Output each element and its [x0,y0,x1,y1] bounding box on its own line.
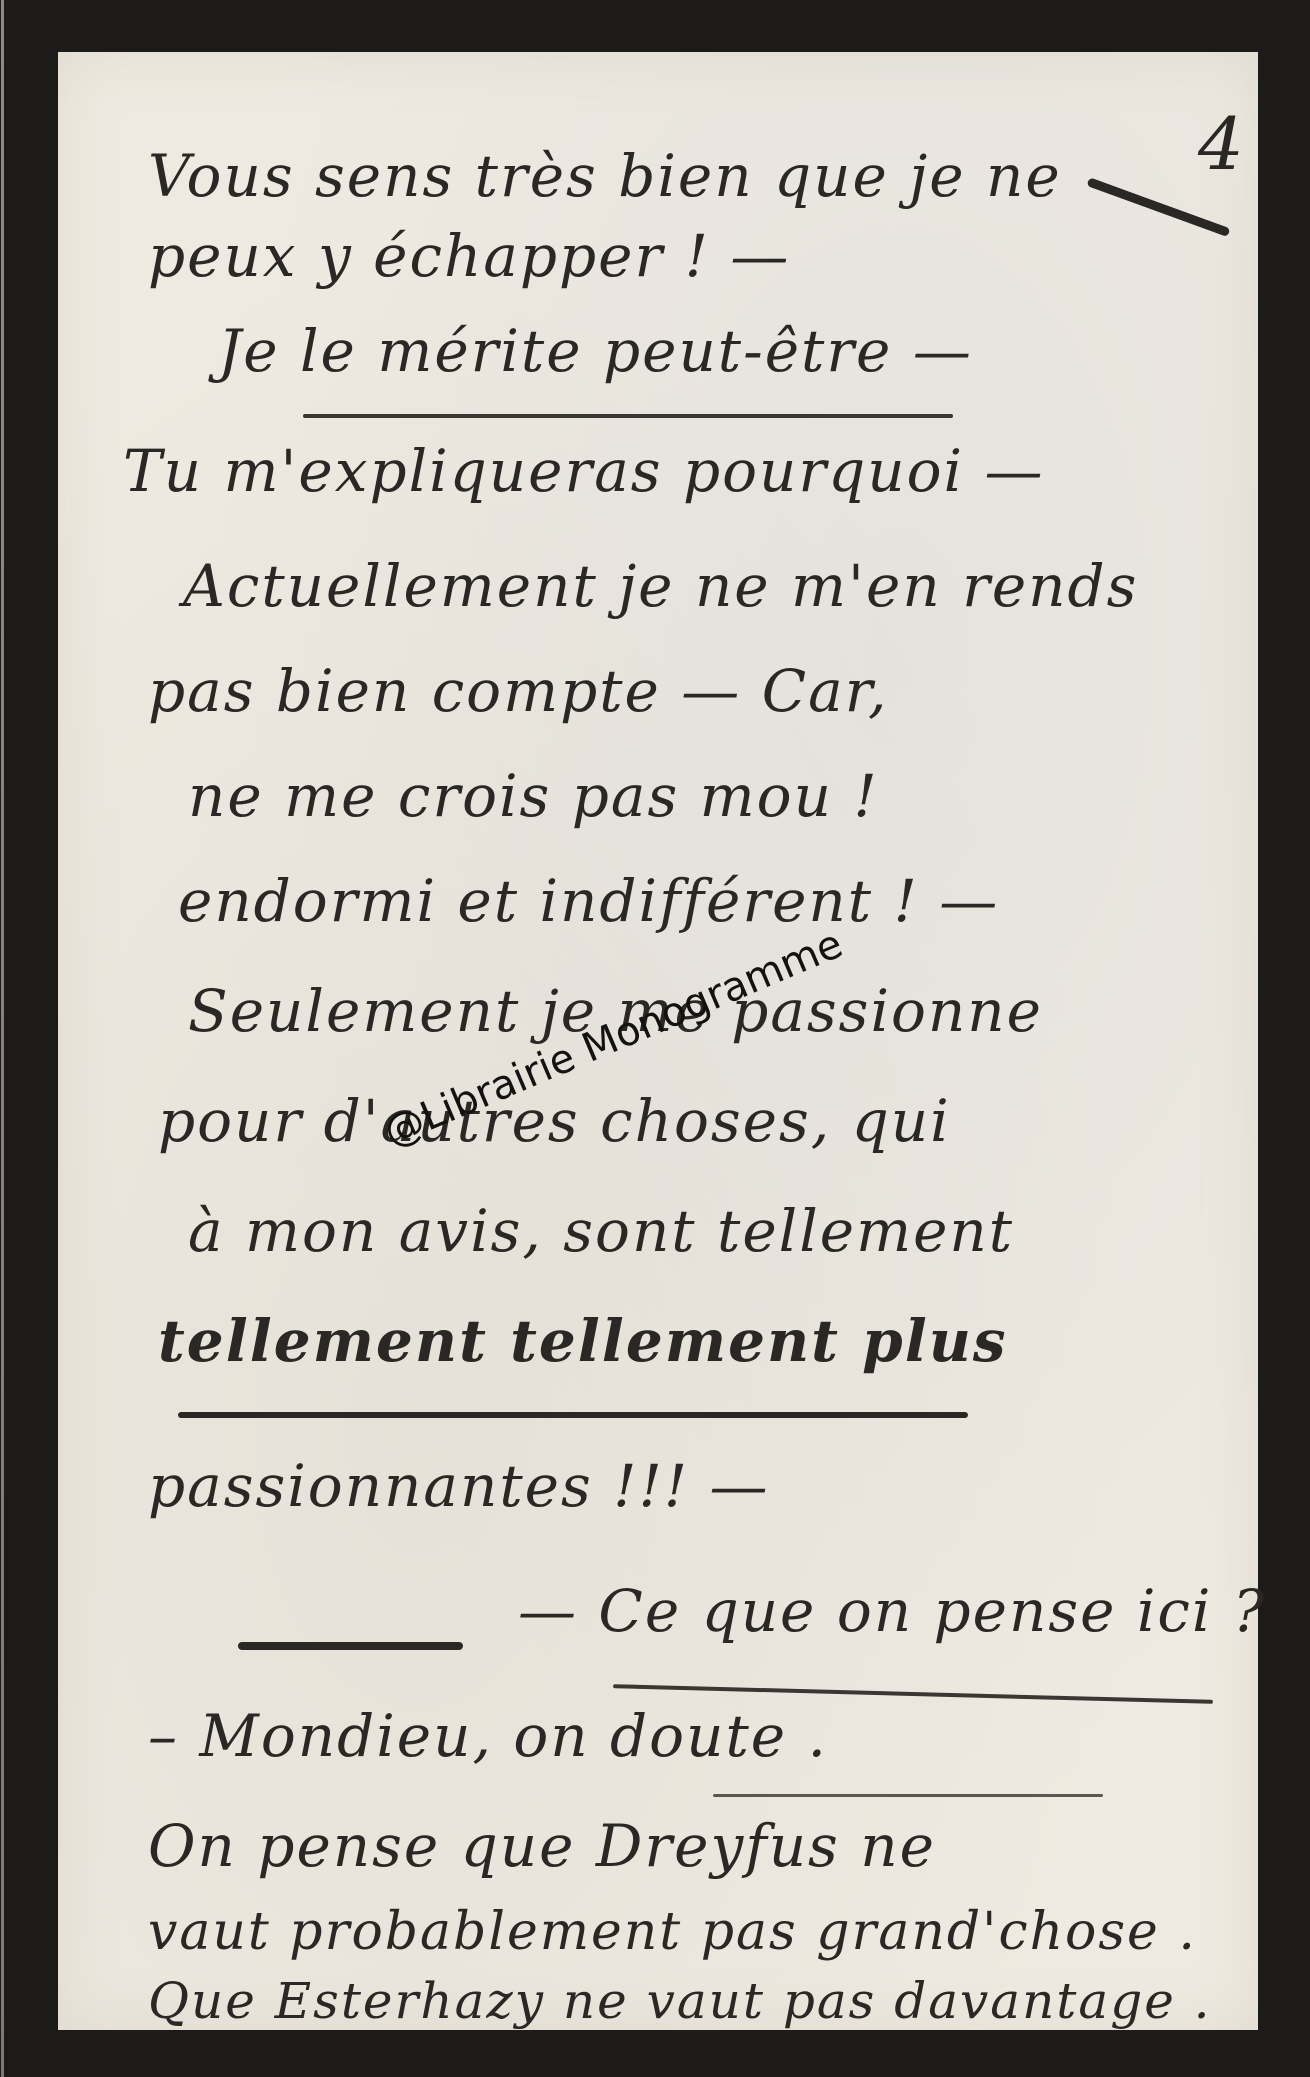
letter-line-15: – Mondieu, on doute . [148,1702,828,1770]
letter-line-4: Tu m'expliqueras pourquoi — [123,437,1045,505]
underline-on-pense-ici [613,1684,1213,1704]
letter-line-6: pas bien compte — Car, [148,657,888,725]
letter-line-17: vaut probablement pas grand'chose . [148,1902,1197,1962]
underline-on-doute [713,1794,1103,1797]
letter-line-11: à mon avis, sont tellement [188,1197,1014,1265]
letter-line-10: pour d'autres choses, qui [158,1087,951,1155]
letter-line-18: Que Esterhazy ne vaut pas davantage . [148,1972,1212,2030]
letter-line-8: endormi et indifférent ! — [178,867,999,935]
letter-line-12: tellement tellement plus [158,1307,1008,1375]
scan-edge-line [1,0,4,2077]
underline-peut-etre [303,414,953,418]
em-dash-mark [238,1642,463,1650]
letter-line-14: — Ce que on pense ici ? [518,1577,1266,1645]
letter-line-3: Je le mérite peut-être — [218,317,973,385]
letter-line-7: ne me crois pas mou ! [188,762,879,830]
letter-line-16: On pense que Dreyfus ne [148,1812,936,1880]
page-number: 4 [1198,102,1244,186]
underline-tellement [178,1412,968,1418]
letter-line-5: Actuellement je ne m'en rends [183,552,1138,620]
letter-line-13: passionnantes !!! — [148,1452,770,1520]
letter-line-1: Vous sens très bien que je ne [148,142,1062,210]
letter-line-2: peux y échapper ! — [148,222,790,290]
page-number-flourish [1086,177,1230,237]
